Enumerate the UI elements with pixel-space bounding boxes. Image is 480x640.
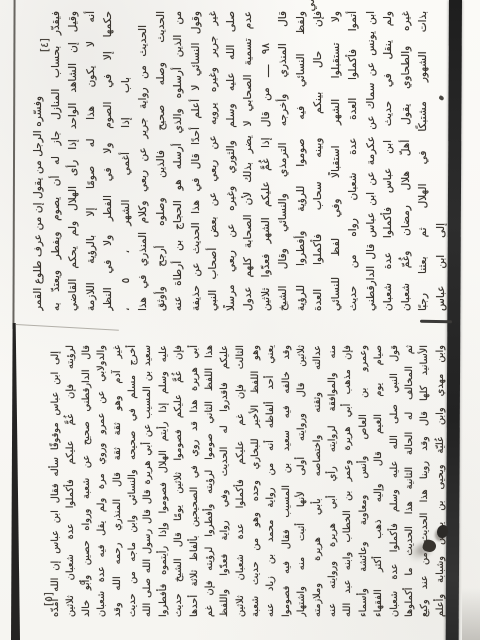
scanned-manuscript-spread: وفسّره الرجل من يقول إن من عرف طلوع القم…: [0, 0, 480, 640]
manuscript-text-line: باب إذا أُغمي الشهر ، ٥ ،: [118, 11, 136, 311]
page-edge-line-left: [12, 0, 15, 329]
manuscript-text-line: وهو اللفظ الأخير للبخاري وحده وهو من حدي…: [248, 345, 263, 617]
manuscript-text-line: منه والموافقة لروايته رأي أبي هريرة وروا…: [325, 345, 340, 617]
manuscript-text-line: الحديث وصله صحيح فالذين وصلوه أرجح وأوثق: [153, 11, 171, 311]
manuscript-text-line: ثلاثين قال وروايته أولى لأنها أثبت منه و…: [294, 345, 309, 617]
manuscript-text-line: ولفظ النسائي فيه صوموا للرؤية وأفطروا لل…: [293, 11, 311, 311]
manuscript-text-line: أبي هريرة هذا قد روي في الصحيحين بألفاظ …: [187, 345, 202, 617]
manuscript-text-line: بذات الشهور مشتبكًا في الهلال ثم بعثنا ر…: [415, 11, 433, 311]
manuscript-text-line: غيره والطحاوي يقول أهلّ هلال رمضان وغُمّ…: [398, 11, 416, 311]
manuscript-text-line: أتموا فأكملوا العدة عدة شعبان رواه من حد…: [345, 11, 363, 311]
scan-edge-band-left-bottom: [11, 323, 20, 640]
manuscript-text-line: وعمرو بن العاص وأنس ومعاوية وعائشة وأسما…: [356, 345, 371, 617]
manuscript-text-line: الثالث فإن غم عليكم فأكملوا عدة شعبان ثل…: [233, 345, 248, 617]
manuscript-text-line: صلى الله عليه وسلم والثوري وغيره عن ربعي…: [223, 11, 241, 311]
manuscript-text-line: سعيد بن المسيب عن أبي هريرة قال قال رسول…: [140, 345, 155, 617]
manuscript-text-line: عدالته وثقته واختصاصه بأبي هريرة وملازمت…: [310, 345, 325, 617]
manuscript-text-line: غير آدم وهو ثقة ثقة قال المنذري رحمه الل…: [110, 345, 125, 617]
manuscript-text-line: هذا اللفظ الثاني صوموا لرؤيته وأفطروا لر…: [202, 345, 217, 617]
page-number-marker-bottom: [٥]: [36, 586, 62, 612]
manuscript-text-line: ولم ينقل في حديث ابن عباس فأكملوا عدة شع…: [380, 11, 398, 311]
manuscript-text-line: ٩٨ ــــ من قال إذا غُمَّ عليكم الشهر فعد…: [258, 11, 276, 311]
manuscript-text-line: الحديث من رواية جرير عن ربعي وكلام المنذ…: [135, 11, 153, 311]
page-gutter-mark-right: [420, 320, 452, 324]
manuscript-text-line: من الذين أرسلوه والذي أرسله هو الحجاج بن…: [170, 11, 188, 311]
manuscript-text-line: قول النبي صلى الله عليه وسلم فأكملوا عدة…: [387, 345, 402, 617]
page-gutter-crease-left: [16, 324, 119, 331]
manuscript-page-bottom: إلى ابن عباس موقوفًا سأله فقال ابن عباس …: [48, 345, 448, 617]
manuscript-text-line: ثم المخالف له الحالة الثانية هذا الحديث …: [402, 345, 417, 617]
manuscript-text-line: ولا تستقبلوا الشهر استقبالًا وفي لفظ للن…: [328, 11, 346, 311]
manuscript-text-line: فإن حال بينكم وبينه سحاب فأكملوا العدة: [310, 11, 328, 311]
clipped-edge-word: ناضي: [296, 0, 326, 22]
manuscript-text-line: الأسانيد كلها قال وقد روينا هذا الحديث م…: [417, 345, 432, 617]
manuscript-text-line: غير جرير وغيره يرويه عن ربعي عن بعض أصحا…: [205, 11, 223, 311]
manuscript-text-line: عليه وسلم إذا رأيتم الهلال فصوموا وإذا ر…: [156, 345, 171, 617]
manuscript-text-line: أخرج مسلم في صحيحه والنسائي وابن ماجه من…: [125, 345, 140, 617]
manuscript-page-top: وفسّره الرجل من يقول إن من عرف طلوع القم…: [30, 11, 450, 311]
page-number-marker-top: [٤]: [32, 32, 58, 58]
manuscript-text-line: وقول النسائي لا أعلم أحدًا قال في هذا ال…: [188, 11, 206, 311]
manuscript-text-line: ابن يونس عن سماك عن عكرمة عن ابن عباس قا…: [363, 11, 381, 311]
manuscript-text-line: حكمها إلا في الصوم ولا في الفطر ولا في ا…: [100, 11, 118, 311]
stray-ink-mark: ٥: [76, 576, 90, 590]
manuscript-text-line: والدولابي عن عمرو وروي مرة ولم يقل فيه ع…: [94, 345, 109, 617]
manuscript-text-line: أنه لا يكون هذا له صومًا إلا بالرؤية الل…: [83, 11, 101, 311]
manuscript-text-line: يعني أحد ألفاظه أنه من رواية محمد بن زيا…: [263, 345, 278, 617]
manuscript-text-line: صيام يوم الغيم قال وإليه ذهب أكثر الفقها…: [371, 345, 386, 617]
manuscript-text-line: وقيل إن الشاهد الواحد إذا رأى الهلال ولم…: [65, 11, 83, 311]
manuscript-text-line: وقد خالفه فيه سعيد بن المسيب فقال فيه فص…: [279, 345, 294, 617]
manuscript-text-line: عليكم فاقدروا له الحديث وفي رواية فعدّوا…: [217, 345, 232, 617]
scan-shadow-corner: [462, 588, 480, 640]
manuscript-text-line: إلى ابن عباس موقوفًا سأله فقال ابن عباس …: [48, 345, 63, 617]
manuscript-text-line: فإن غُمَّ عليكم فصوموا ثلاثين يومًا قال …: [171, 345, 186, 617]
manuscript-text-line: قال المنذري وأخرجه الترمذي والنسائي وقال…: [275, 11, 293, 311]
manuscript-text-line: عدم تسمية الصحابي لا يضر بذلك لأن الصحاب…: [240, 11, 258, 311]
manuscript-text-line: فإن مذهب أبي هريرة وعمر بن الخطاب وابنه …: [340, 345, 355, 617]
